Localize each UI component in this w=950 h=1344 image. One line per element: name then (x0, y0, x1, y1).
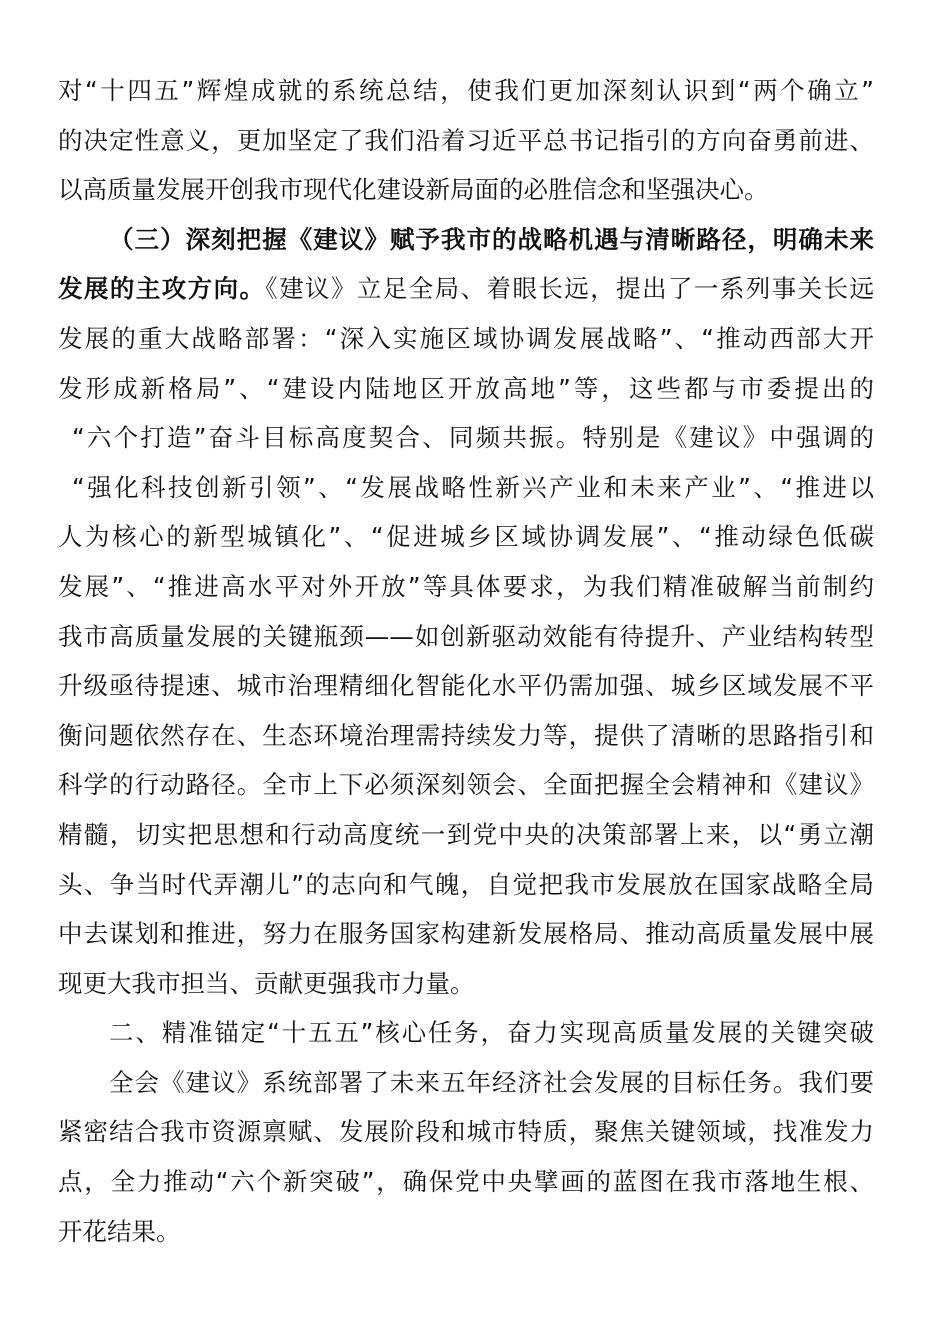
paragraph-line: 对“十四五”辉煌成就的系统总结，使我们更加深刻认识到“两个确立” (58, 66, 874, 116)
paragraph-line: 全会《建议》系统部署了未来五年经济社会发展的目标任务。我们要 (58, 1058, 874, 1108)
paragraph-line: 头、争当时代弄潮儿”的志向和气魄，自觉把我市发展放在国家战略全局 (58, 860, 874, 910)
paragraph-line: 开花结果。 (58, 1207, 874, 1257)
paragraph-line: 点，全力推动“六个新突破”，确保党中央擘画的蓝图在我市落地生根、 (58, 1157, 874, 1207)
paragraph-line: 的决定性意义，更加坚定了我们沿着习近平总书记指引的方向奋勇前进、 (58, 116, 874, 166)
paragraph-line: 以高质量发展开创我市现代化建设新局面的必胜信念和坚强决心。 (58, 165, 874, 215)
paragraph-line: “六个打造”奋斗目标高度契合、同频共振。特别是《建议》中强调的 (58, 413, 874, 463)
section-heading-two: 二、精准锚定“十五五”核心任务，奋力实现高质量发展的关键突破 (58, 1008, 874, 1058)
section-heading-three-end: 发展的主攻方向。 (58, 274, 265, 303)
paragraph-line: 紧密结合我市资源禀赋、发展阶段和城市特质，聚焦关键领域，找准发力 (58, 1107, 874, 1157)
paragraph-line: 发形成新格局”、“建设内陆地区开放高地”等，这些都与市委提出的 (58, 364, 874, 414)
paragraph-line: 中去谋划和推进，努力在服务国家构建新发展格局、推动高质量发展中展 (58, 909, 874, 959)
paragraph-line: 精髓，切实把思想和行动高度统一到党中央的决策部署上来，以“勇立潮 (58, 810, 874, 860)
paragraph-line: 我市高质量发展的关键瓶颈——如创新驱动效能有待提升、产业结构转型 (58, 612, 874, 662)
paragraph-text: 《建议》立足全局、着眼长远，提出了一系列事关长远 (265, 274, 874, 303)
paragraph-line: 发展”、“推进高水平对外开放”等具体要求，为我们精准破解当前制约 (58, 562, 874, 612)
document-page: 对“十四五”辉煌成就的系统总结，使我们更加深刻认识到“两个确立” 的决定性意义，… (58, 66, 874, 1256)
paragraph-line: 发展的重大战略部署：“深入实施区域协调发展战略”、“推动西部大开 (58, 314, 874, 364)
paragraph-line: 发展的主攻方向。《建议》立足全局、着眼长远，提出了一系列事关长远 (58, 264, 874, 314)
section-heading-three: （三）深刻把握《建议》赋予我市的战略机遇与清晰路径，明确未来 (58, 215, 874, 265)
paragraph-line: 现更大我市担当、贡献更强我市力量。 (58, 959, 874, 1009)
paragraph-line: 科学的行动路径。全市上下必须深刻领会、全面把握全会精神和《建议》 (58, 760, 874, 810)
paragraph-line: 升级亟待提速、城市治理精细化智能化水平仍需加强、城乡区域发展不平 (58, 661, 874, 711)
paragraph-line: 衡问题依然存在、生态环境治理需持续发力等，提供了清晰的思路指引和 (58, 711, 874, 761)
paragraph-line: 人为核心的新型城镇化”、“促进城乡区域协调发展”、“推动绿色低碳 (58, 512, 874, 562)
paragraph-line: “强化科技创新引领”、“发展战略性新兴产业和未来产业”、“推进以 (58, 463, 874, 513)
